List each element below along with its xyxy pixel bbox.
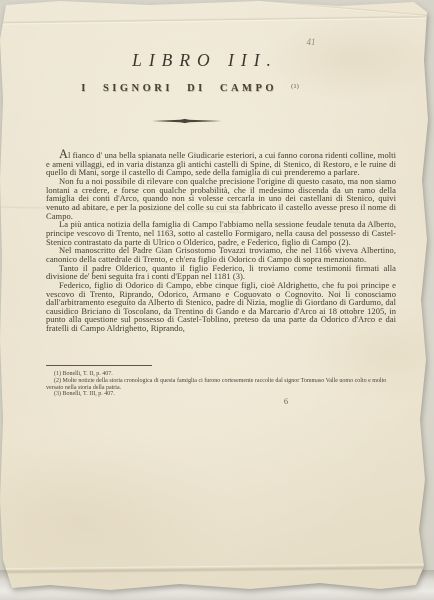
paragraph: Al fianco d' una bella spianata nelle Gi…: [46, 150, 396, 177]
footnote: (2) Molte notizie della storia cronologi…: [46, 378, 388, 392]
chapter-heading: I SIGNORI DI CAMPO (1): [45, 83, 335, 94]
body-text: Al fianco d' una bella spianata nelle Gi…: [46, 150, 396, 333]
paragraph: Federico, figlio di Odorico di Campo, eb…: [46, 281, 396, 333]
paragraph: Nel manoscritto del Padre Gian Grisostom…: [46, 246, 396, 263]
footnotes: (1) Bonelli, T. II, p. 407. (2) Molte no…: [46, 371, 388, 398]
paper-wrap: 41 LIBRO III. I SIGNORI DI CAMPO (1) Al …: [0, 0, 434, 600]
paper-crease: [0, 15, 434, 26]
book-title: LIBRO III.: [45, 50, 365, 71]
paragraph: Non fu a noi possibile di rilevare con q…: [46, 177, 396, 220]
page-number: 41: [296, 37, 326, 47]
footnote: (3) Bonelli, T. III, p. 407.: [46, 391, 388, 398]
chapter-title-note: (1): [291, 83, 299, 90]
footnote-rule: [46, 365, 152, 366]
paragraph: La più antica notizia della famiglia di …: [46, 220, 396, 246]
book-page: 41 LIBRO III. I SIGNORI DI CAMPO (1) Al …: [0, 0, 430, 590]
paper-fold-crease: [0, 564, 434, 575]
paper-crease: [220, 0, 434, 19]
ornament-rule: [152, 118, 222, 124]
scanned-page-photo: 41 LIBRO III. I SIGNORI DI CAMPO (1) Al …: [0, 0, 434, 600]
footnote: (1) Bonelli, T. II, p. 407.: [46, 371, 388, 378]
chapter-title: I SIGNORI DI CAMPO: [81, 83, 277, 94]
paragraph: Tanto il padre Olderico, quanto il figli…: [46, 264, 396, 281]
signature-mark: 6: [276, 396, 296, 406]
